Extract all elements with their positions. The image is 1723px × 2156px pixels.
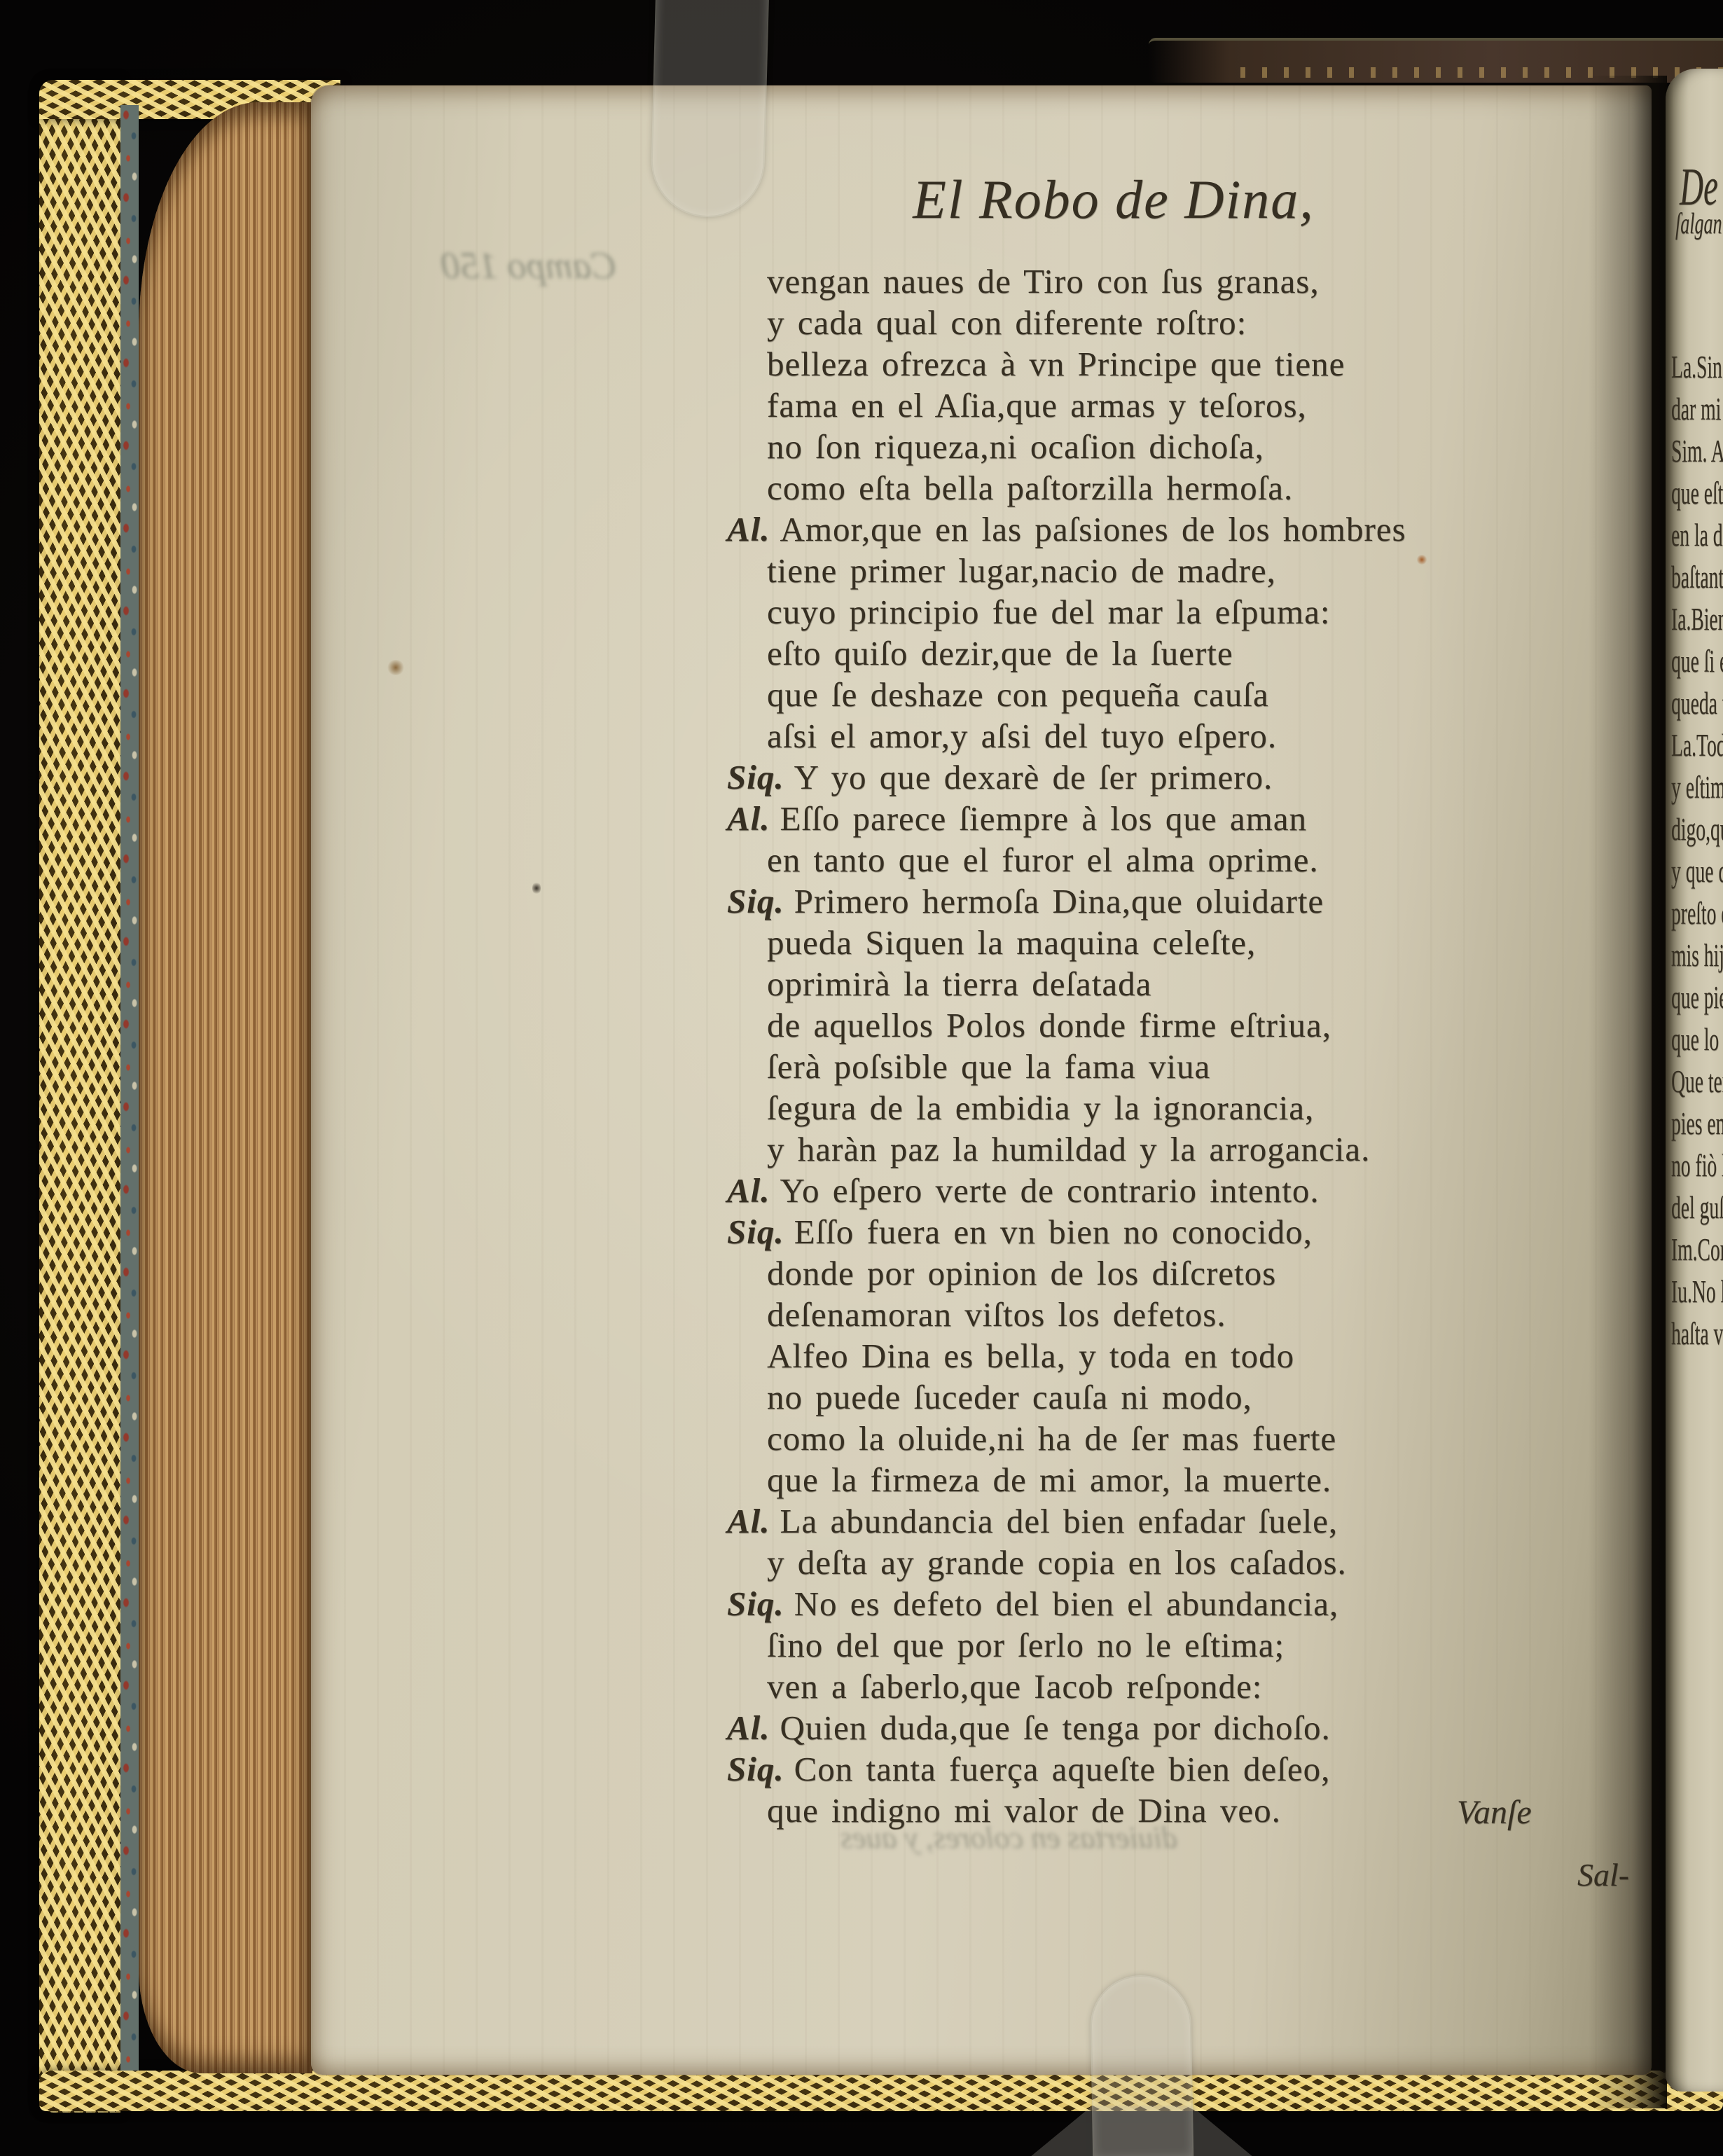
- verse-line: pueda Siquen la maquina celeſte,: [727, 922, 1624, 963]
- verse-line: no puede ſuceder cauſa ni modo,: [727, 1376, 1624, 1418]
- verse-text: deſenamoran viſtos los defetos.: [767, 1295, 1226, 1334]
- text-block-fore-edge: [139, 102, 312, 2073]
- right-text-fragment-line: preſto de: [1671, 892, 1723, 934]
- verse-line: como la oluide,ni ha de ſer mas fuerte: [727, 1418, 1624, 1459]
- book-scan: Campo 150 diuiertas en colores, y aues E…: [0, 0, 1723, 2156]
- right-text-fragment-line: dar mi hija: [1671, 388, 1723, 430]
- verse-text: y cada qual con diferente roſtro:: [767, 303, 1247, 342]
- verse-text: Eſſo fuera en vn bien no conocido,: [794, 1212, 1313, 1251]
- right-text-fragment-line: digo,que: [1671, 808, 1723, 850]
- verse-text: donde por opinion de los diſcretos: [767, 1254, 1276, 1292]
- verse-line: fama en el Aſia,que armas y teſoros,: [727, 385, 1624, 426]
- right-text-fragment-line: que ſi es l: [1671, 640, 1723, 682]
- speaker-label: Al.: [727, 1171, 780, 1210]
- verse-text: como eſta bella paſtorzilla hermoſa.: [767, 469, 1293, 507]
- right-stage-direction-fragment: ſalgan: [1675, 207, 1722, 241]
- right-text-fragment-line: en la dilac: [1671, 514, 1723, 556]
- verse-text: ſegura de la embidia y la ignorancia,: [767, 1089, 1314, 1127]
- verse-text: Y yo que dexarè de ſer primero.: [794, 758, 1273, 796]
- verse-line: Al.Yo eſpero verte de contrario intento.: [727, 1170, 1624, 1211]
- speaker-label: Al.: [727, 799, 780, 838]
- right-text-fragment-line: y que da: [1671, 850, 1723, 892]
- binding-gilt-border-left: [39, 80, 120, 2113]
- speaker-label: Siq.: [727, 1212, 794, 1251]
- verse-text: no ſon riqueza,ni ocaſion dichoſa,: [767, 427, 1264, 466]
- verse-line: Siq.Y yo que dexarè de ſer primero.: [727, 756, 1624, 798]
- verse-line: Al.La abundancia del bien enfadar ſuele,: [727, 1500, 1624, 1542]
- verse-line: belleza ofrezca à vn Principe que tiene: [727, 343, 1624, 385]
- verse-line: Siq.Primero hermoſa Dina,que oluidarte: [727, 880, 1624, 922]
- binding-gilt-border-bottom: [39, 2071, 1723, 2111]
- verse-text: ven a ſaberlo,que Iacob reſponde:: [767, 1667, 1262, 1706]
- verse-line: y deſta ay grande copia en los caſados.: [727, 1542, 1624, 1583]
- running-title: El Robo de Dina,: [826, 168, 1401, 231]
- verse-line: cuyo principio fue del mar la eſpuma:: [727, 591, 1624, 633]
- right-text-fragment-line: que eſtà ſe: [1671, 472, 1723, 514]
- verse-text: tiene primer lugar,nacio de madre,: [767, 551, 1276, 590]
- right-text-fragment-line: Iu.No lo: [1671, 1271, 1723, 1313]
- ink-spot: [532, 881, 541, 895]
- verse-text: Amor,que en las paſsiones de los hombres: [780, 510, 1406, 548]
- verse-line: ven a ſaberlo,que Iacob reſponde:: [727, 1666, 1624, 1707]
- right-text-fragment-line: y eſtiman: [1671, 766, 1723, 808]
- verse-line: no ſon riqueza,ni ocaſion dichoſa,: [727, 426, 1624, 467]
- verse-text: que ſe deshaze con pequeña cauſa: [767, 675, 1269, 714]
- right-page-sliver: De ſalgan La.Sin mis h dar mi hija Sim. …: [1666, 69, 1723, 2092]
- verse-line: eſto quiſo dezir,que de la ſuerte: [727, 633, 1624, 674]
- right-text-fragment-line: Im.Con e: [1671, 1229, 1723, 1271]
- verse-line: en tanto que el furor el alma oprime.: [727, 839, 1624, 880]
- right-text-fragment-line: La.Sin mis h: [1671, 346, 1723, 388]
- verse-text: Alfeo Dina es bella, y toda en todo: [767, 1336, 1294, 1375]
- right-text-fragment-line: que lo q: [1671, 1018, 1723, 1060]
- paper-stain: [1416, 555, 1427, 565]
- verse-text: ſino del que por ſerlo no le eſtima;: [767, 1626, 1285, 1664]
- verse-text: ſerà poſsible que la fama viua: [767, 1047, 1210, 1086]
- right-text-fragment-line: Sim. Aduier: [1671, 430, 1723, 472]
- verse-text: que indigno mi valor de Dina veo.: [767, 1791, 1281, 1830]
- verse-text: Eſſo parece ſiempre à los que aman: [780, 799, 1307, 838]
- right-text-fragment-line: Que ten: [1671, 1060, 1723, 1103]
- right-text-fragment-line: que pien: [1671, 976, 1723, 1018]
- exit-stage-direction: Vanſe: [1457, 1793, 1532, 1832]
- verse-text: Yo eſpero verte de contrario intento.: [780, 1171, 1320, 1210]
- right-text-fragments: La.Sin mis h dar mi hija Sim. Aduier que…: [1671, 346, 1723, 1355]
- verse-text: cuyo principio fue del mar la eſpuma:: [767, 593, 1330, 631]
- verse-line: Siq.No es defeto del bien el abundancia,: [727, 1583, 1624, 1624]
- verse-text: en tanto que el furor el alma oprime.: [767, 841, 1319, 879]
- verse-text: La abundancia del bien enfadar ſuele,: [780, 1502, 1338, 1540]
- verse-text: eſto quiſo dezir,que de la ſuerte: [767, 634, 1233, 672]
- right-text-fragment-line: queda tu: [1671, 682, 1723, 724]
- right-text-fragment-line: mis hijos: [1671, 934, 1723, 976]
- speaker-label: Al.: [727, 510, 780, 548]
- verse-text: no puede ſuceder cauſa ni modo,: [767, 1378, 1252, 1416]
- verse-text: pueda Siquen la maquina celeſte,: [767, 923, 1256, 962]
- marbled-endpaper-strip: [120, 105, 139, 2071]
- verse-text: y haràn paz la humildad y la arrogancia.: [767, 1130, 1370, 1168]
- mounting-clip-top: [651, 0, 768, 217]
- verse-text: No es defeto del bien el abundancia,: [794, 1584, 1339, 1623]
- verse-line: Alfeo Dina es bella, y toda en todo: [727, 1335, 1624, 1376]
- verse-line: como eſta bella paſtorzilla hermoſa.: [727, 467, 1624, 509]
- right-text-fragment-line: Ia.Bien ec: [1671, 598, 1723, 640]
- right-text-fragment-line: baſtante: [1671, 556, 1723, 598]
- verse-text: aſsi el amor,y aſsi del tuyo eſpero.: [767, 717, 1277, 755]
- verse-line: tiene primer lugar,nacio de madre,: [727, 550, 1624, 591]
- verse-text: de aquellos Polos donde firme eſtriua,: [767, 1006, 1331, 1044]
- right-text-fragment-line: pies en: [1671, 1103, 1723, 1145]
- right-text-fragment-line: La.Todo lo: [1671, 724, 1723, 766]
- verse-text: y deſta ay grande copia en los caſados.: [767, 1543, 1347, 1582]
- verse-text: Quien duda,que ſe tenga por dichoſo.: [780, 1708, 1331, 1747]
- speaker-label: Siq.: [727, 758, 794, 796]
- verse-text: oprimirà la tierra deſatada: [767, 965, 1151, 1003]
- verse-text: como la oluide,ni ha de ſer mas fuerte: [767, 1419, 1336, 1458]
- speaker-label: Siq.: [727, 882, 794, 920]
- verse-text: Con tanta fuerça aqueſte bien deſeo,: [794, 1750, 1331, 1788]
- verse-line: ſino del que por ſerlo no le eſtima;: [727, 1624, 1624, 1666]
- verse-text: vengan naues de Tiro con ſus granas,: [767, 262, 1320, 300]
- verse-line: vengan naues de Tiro con ſus granas,: [727, 261, 1624, 302]
- verse-line: Siq.Con tanta fuerça aqueſte bien deſeo,: [727, 1748, 1624, 1790]
- verse-line: Al.Eſſo parece ſiempre à los que aman: [727, 798, 1624, 839]
- speaker-label: Siq.: [727, 1750, 794, 1788]
- right-text-fragment-line: del guſt: [1671, 1187, 1723, 1229]
- verse-line: y cada qual con diferente roſtro:: [727, 302, 1624, 343]
- verse-text: belleza ofrezca à vn Principe que tiene: [767, 345, 1345, 383]
- verse-line: aſsi el amor,y aſsi del tuyo eſpero.: [727, 715, 1624, 756]
- verse-line: oprimirà la tierra deſatada: [727, 963, 1624, 1004]
- verse-line: Al.Amor,que en las paſsiones de los homb…: [727, 509, 1624, 550]
- speaker-label: Siq.: [727, 1584, 794, 1623]
- verse-line: de aquellos Polos donde firme eſtriua,: [727, 1004, 1624, 1046]
- speaker-label: Al.: [727, 1502, 780, 1540]
- showthrough-text-top: Campo 150: [441, 244, 617, 287]
- verse-line: y haràn paz la humildad y la arrogancia.: [727, 1128, 1624, 1170]
- verse-text: fama en el Aſia,que armas y teſoros,: [767, 386, 1307, 424]
- verse-line: deſenamoran viſtos los defetos.: [727, 1294, 1624, 1335]
- verse-text: que la firmeza de mi amor, la muerte.: [767, 1460, 1331, 1499]
- verse-line: Al.Quien duda,que ſe tenga por dichoſo.: [727, 1707, 1624, 1748]
- right-text-fragment-line: no fiò la: [1671, 1145, 1723, 1187]
- verse-line: que ſe deshaze con pequeña cauſa: [727, 674, 1624, 715]
- verse-line: donde por opinion de los diſcretos: [727, 1252, 1624, 1294]
- verse-text: Primero hermoſa Dina,que oluidarte: [794, 882, 1324, 920]
- verse-line: que la firmeza de mi amor, la muerte.: [727, 1459, 1624, 1500]
- verse-column: vengan naues de Tiro con ſus granas, y c…: [727, 261, 1624, 1831]
- gutter-shadow: [1589, 76, 1667, 2108]
- verse-line: ſegura de la embidia y la ignorancia,: [727, 1087, 1624, 1128]
- verse-line: Siq.Eſſo fuera en vn bien no conocido,: [727, 1211, 1624, 1252]
- paper-stain: [387, 660, 405, 675]
- verse-line: ſerà poſsible que la fama viua: [727, 1046, 1624, 1087]
- right-text-fragment-line: haſta v: [1671, 1313, 1723, 1355]
- speaker-label: Al.: [727, 1708, 780, 1747]
- mounting-clip-bottom-base: [1030, 2106, 1254, 2156]
